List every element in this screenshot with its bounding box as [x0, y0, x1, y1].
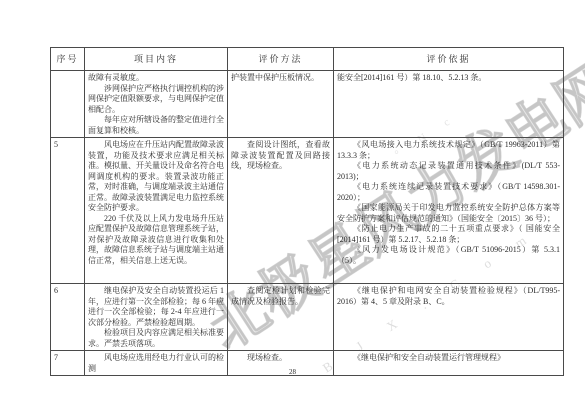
- paragraph: 查阅设计图纸，查看故障录波装置配置及回路接线，现场检查。: [231, 140, 330, 172]
- row-content: 继电保护及安全自动装置投运后 1 年，应进行第一次全部检验；每 6 年应进行一次…: [85, 284, 228, 351]
- row-content: 故障有灵敏度。涉网保护应严格执行调控机构的涉网保护定值限额要求，与电网保护定值相…: [85, 71, 228, 138]
- paragraph: 《继电保护和安全自动装置运行管理规程》: [337, 353, 560, 364]
- row-basis: 能安全[2014]161 号）第 18.10、5.2.13 条。: [334, 71, 564, 138]
- header-content: 项目内容: [85, 48, 228, 71]
- header-method: 评价方法: [228, 48, 334, 71]
- paragraph: 检验项目及内容应满足相关标准要求。严禁丢项落项。: [88, 328, 224, 349]
- row-method: 查阅定检计划和检验完成情况及检验报告。: [228, 284, 334, 351]
- paragraph: 故障有灵敏度。: [88, 73, 224, 84]
- row-basis: 《继电保护和电网安全自动装置检验规程》（DL/T995-2016）第 4、5 章…: [334, 284, 564, 351]
- paragraph: 220 千伏及以上风力发电场升压站应配置保护及故障信息管理系统子站，对保护及故障…: [88, 214, 224, 267]
- paragraph: 能安全[2014]161 号）第 18.10、5.2.13 条。: [337, 73, 560, 84]
- paragraph: 《风电场接入电力系统技术规定》（GB/T 19963-2011）第 13.3.3…: [337, 140, 560, 161]
- paragraph: 现场检查。: [231, 353, 330, 364]
- paragraph: 护装置中保护压板情况。: [231, 73, 330, 84]
- paragraph: 《电力系统动态记录装置通用技术条件》(DL/T 553-2013)；: [337, 161, 560, 182]
- header-seq: 序号: [51, 48, 85, 71]
- paragraph: 每年应对所辖设备的整定值进行全面复算和校核。: [88, 115, 224, 136]
- paragraph: 《电力系统连续记录装置技术要求》（GB/T 14598.301-2020）；: [337, 182, 560, 203]
- row-seq: 6: [51, 284, 85, 351]
- header-row: 序号 项目内容 评价方法 评价依据: [51, 48, 564, 71]
- table-row: 故障有灵敏度。涉网保护应严格执行调控机构的涉网保护定值限额要求，与电网保护定值相…: [51, 71, 564, 138]
- header-basis: 评价依据: [334, 48, 564, 71]
- table-body: 故障有灵敏度。涉网保护应严格执行调控机构的涉网保护定值限额要求，与电网保护定值相…: [51, 71, 564, 376]
- paragraph: 《风力发电场设计规范》（GB/T 51096-2015）第 5.3.1（5）。: [337, 245, 560, 266]
- row-basis: 《风电场接入电力系统技术规定》（GB/T 19963-2011）第 13.3.3…: [334, 138, 564, 284]
- table-header: 序号 项目内容 评价方法 评价依据: [51, 48, 564, 71]
- paragraph: 风电场应在升压站内配置故障录波装置，功能及技术要求应满足相关标准。模拟量、开关量…: [88, 140, 224, 214]
- paragraph: 《国家能源局关于印发电力监控系统安全防护总体方案等安全防护方案和评估规范的通知》…: [337, 203, 560, 224]
- evaluation-table: 序号 项目内容 评价方法 评价依据 故障有灵敏度。涉网保护应严格执行调控机构的涉…: [50, 47, 564, 376]
- paragraph: 查阅定检计划和检验完成情况及检验报告。: [231, 286, 330, 307]
- row-method: 查阅设计图纸，查看故障录波装置配置及回路接线，现场检查。: [228, 138, 334, 284]
- row-seq: [51, 71, 85, 138]
- page-number: 28: [0, 368, 585, 376]
- row-method: 护装置中保护压板情况。: [228, 71, 334, 138]
- paragraph: 涉网保护应严格执行调控机构的涉网保护定值限额要求，与电网保护定值相配合。: [88, 84, 224, 116]
- paragraph: 《继电保护和电网安全自动装置检验规程》（DL/T995-2016）第 4、5 章…: [337, 286, 560, 307]
- table-row: 5风电场应在升压站内配置故障录波装置，功能及技术要求应满足相关标准。模拟量、开关…: [51, 138, 564, 284]
- paragraph: 《防止电力生产事故的二十五项重点要求》（ 国能安全[2014]161 号）第 5…: [337, 224, 560, 245]
- paragraph: 继电保护及安全自动装置投运后 1 年，应进行第一次全部检验；每 6 年应进行一次…: [88, 286, 224, 328]
- table-row: 6继电保护及安全自动装置投运后 1 年，应进行第一次全部检验；每 6 年应进行一…: [51, 284, 564, 351]
- row-seq: 5: [51, 138, 85, 284]
- row-content: 风电场应在升压站内配置故障录波装置，功能及技术要求应满足相关标准。模拟量、开关量…: [85, 138, 228, 284]
